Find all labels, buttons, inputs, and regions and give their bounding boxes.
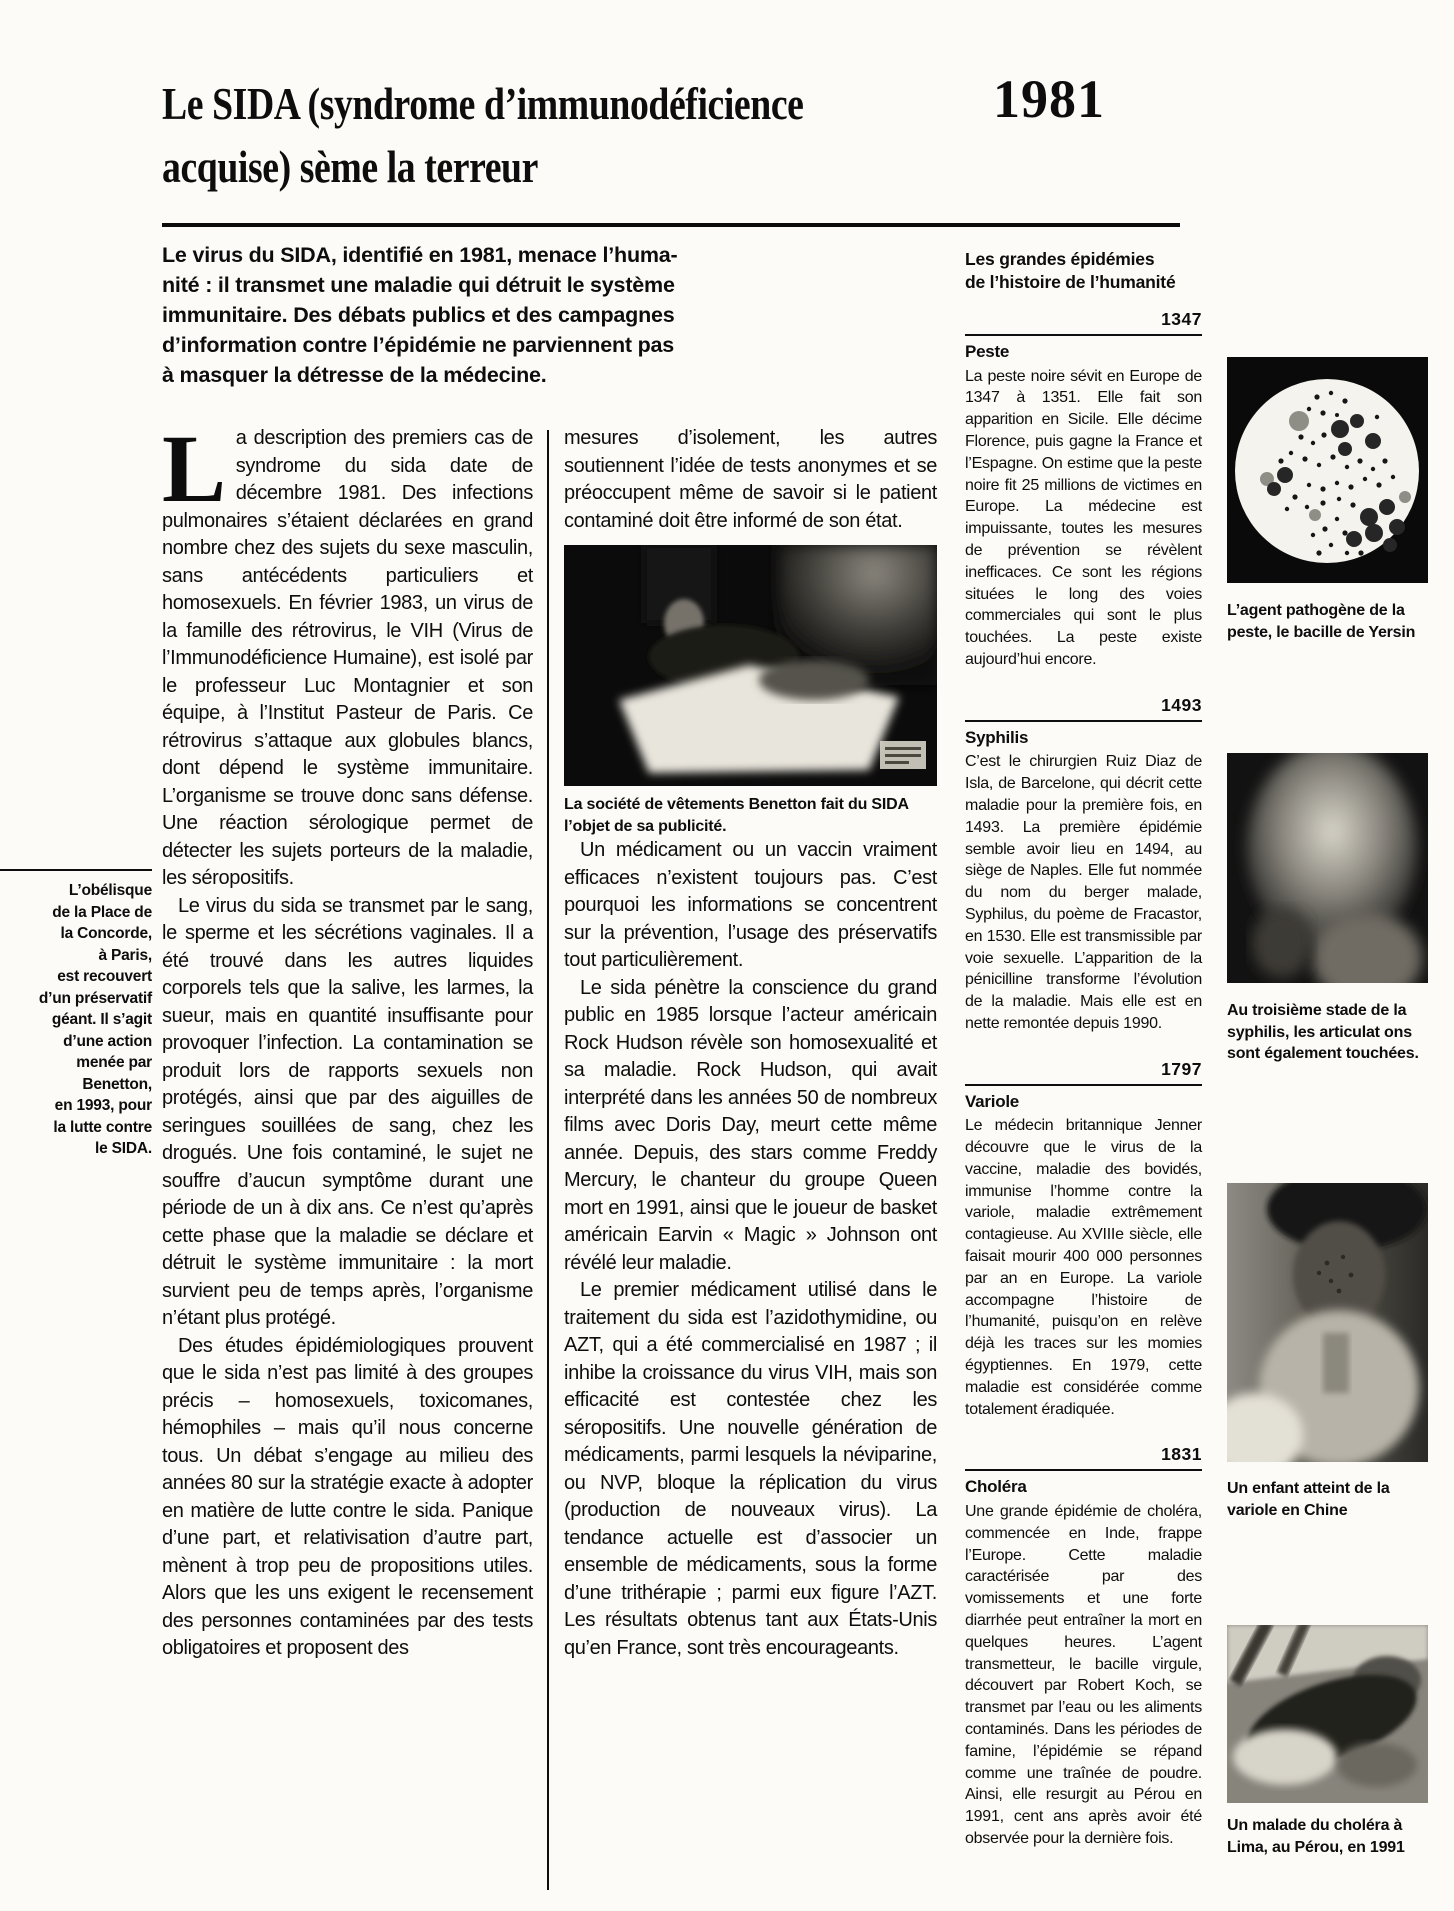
article-column-2: mesures d’isolement, les autres soutienn… <box>564 425 937 1662</box>
patient-scene-art <box>1227 1625 1428 1803</box>
lead-paragraph: Le virus du SIDA, identifié en 1981, men… <box>162 240 762 390</box>
article-column-1: La description des premiers cas de syndr… <box>162 425 533 1663</box>
epidemic-section-cholera: 1831 Choléra Une grande épidémie de chol… <box>965 1444 1202 1849</box>
epidemic-year: 1347 <box>965 309 1202 334</box>
body-paragraph: Un médicament ou un vaccin vraiment effi… <box>564 837 937 975</box>
cholera-patient-photo <box>1227 1625 1428 1803</box>
page-title: Le SIDA (syndrome d’immunodéficience acq… <box>162 72 867 198</box>
epidemic-rule <box>965 1084 1202 1086</box>
year-label: 1981 <box>905 68 1105 130</box>
epidemic-text: La peste noire sévit en Europe de 1347 à… <box>965 366 1202 671</box>
epidemic-disease: Peste <box>965 341 1202 363</box>
benetton-photo-caption: La société de vêtements Benetton fait du… <box>564 794 937 837</box>
child-portrait-art <box>1227 1183 1428 1462</box>
benetton-ad-photo-art <box>564 545 937 786</box>
epidemic-rule <box>965 334 1202 336</box>
figure-caption-peste: L’agent pathogène de la peste, le bacill… <box>1227 600 1427 643</box>
margin-note: L’obélisque de la Place de la Concorde, … <box>0 880 152 1160</box>
epidemic-year: 1797 <box>965 1059 1202 1084</box>
body-paragraph: Le sida pénètre la conscience du grand p… <box>564 975 937 1278</box>
epidemic-text: C’est le chirurgien Ruiz Diaz de Isla, d… <box>965 751 1202 1034</box>
variole-child-photo <box>1227 1183 1428 1462</box>
figure-caption-variole: Un enfant atteint de la variole en Chine <box>1227 1478 1437 1521</box>
epidemic-section-variole: 1797 Variole Le médecin britannique Jenn… <box>965 1059 1202 1421</box>
xray-art <box>1227 753 1428 983</box>
body-paragraph: Le premier médicament utilisé dans le tr… <box>564 1277 937 1662</box>
epidemic-disease: Variole <box>965 1091 1202 1113</box>
title-rule <box>162 223 1180 227</box>
benetton-ad-photo <box>564 545 937 786</box>
epidemic-rule <box>965 720 1202 722</box>
epidemics-heading: Les grandes épidémies de l’histoire de l… <box>965 248 1202 294</box>
drop-cap: L <box>162 431 226 507</box>
figure-caption-syphilis: Au troisième stade de la syphilis, les a… <box>1227 1000 1422 1065</box>
peste-bacillus-photo <box>1227 357 1428 583</box>
epidemics-sidebar: Les grandes épidémies de l’histoire de l… <box>965 248 1202 1850</box>
body-paragraph: mesures d’isolement, les autres soutienn… <box>564 425 937 535</box>
epidemic-year: 1493 <box>965 695 1202 720</box>
epidemic-disease: Choléra <box>965 1476 1202 1498</box>
body-paragraph: Le virus du sida se transmet par le sang… <box>162 893 533 1333</box>
epidemic-disease: Syphilis <box>965 727 1202 749</box>
epidemic-rule <box>965 1469 1202 1471</box>
figure-caption-cholera: Un malade du choléra à Lima, au Pérou, e… <box>1227 1815 1437 1858</box>
epidemic-section-peste: 1347 Peste La peste noire sévit en Europ… <box>965 309 1202 671</box>
body-paragraph: La description des premiers cas de syndr… <box>162 425 533 893</box>
epidemic-section-syphilis: 1493 Syphilis C’est le chirurgien Ruiz D… <box>965 695 1202 1035</box>
epidemic-year: 1831 <box>965 1444 1202 1469</box>
margin-note-rule <box>0 869 152 871</box>
epidemic-text: Une grande épidémie de choléra, commencé… <box>965 1501 1202 1850</box>
microscope-view-art <box>1227 357 1428 583</box>
magazine-page: Le SIDA (syndrome d’immunodéficience acq… <box>0 0 1454 1911</box>
syphilis-stage-photo <box>1227 753 1428 983</box>
column-divider <box>547 430 549 1890</box>
epidemic-text: Le médecin britannique Jenner découvre q… <box>965 1115 1202 1420</box>
body-paragraph: Des études épidémiologiques prouvent que… <box>162 1333 533 1663</box>
